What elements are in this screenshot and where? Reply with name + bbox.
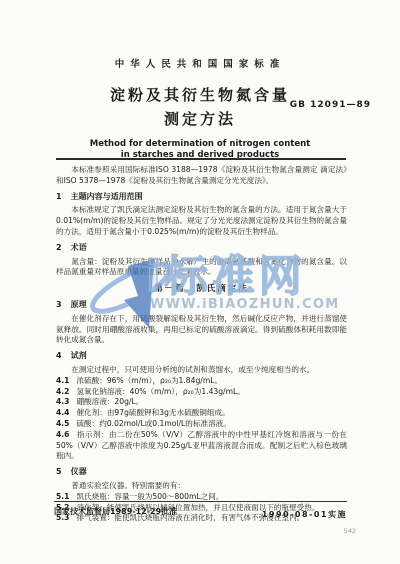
foreword-paragraph: 本标准参照采用国际标准ISO 3188—1978《淀粉及其衍生物氮含量测定 滴定…: [56, 165, 347, 187]
section-3-number: 3: [56, 300, 62, 309]
section-4-heading: 4试剂: [56, 351, 347, 362]
clause-4-2-number: 4.2: [56, 387, 69, 396]
part-1-heading: 第一篇 凯氏滴定法: [56, 284, 347, 295]
section-5-number: 5: [56, 467, 62, 476]
section-4-title: 试剂: [71, 351, 87, 360]
clause-4-5: 4.5硫酸：约0.02mol/L或0.1mol/L的标准溶液。: [56, 419, 347, 430]
approval-note: 国家技术监督局1989-12-29批准: [54, 506, 177, 517]
section-2-title: 术语: [71, 243, 87, 252]
clause-4-6-text: 指示剂：由二份在50%（V/V）乙醇溶液中的中性甲基红冷饱和溶液与一份在50%（…: [56, 430, 347, 461]
section-3-body: 在催化剂存在下，用硫酸裂解淀粉及其衍生物，然后碱化反应产物，并进行蒸馏使氨释放。…: [56, 314, 347, 346]
section-1-number: 1: [56, 192, 62, 201]
clause-4-5-number: 4.5: [56, 419, 69, 428]
clause-4-4: 4.4催化剂：由97g硫酸钾和3g无水硫酸铜组成。: [56, 408, 347, 419]
section-2-heading: 2术语: [56, 243, 347, 254]
implementation-note: 1990-08-01实施: [262, 509, 347, 520]
clause-4-3-number: 4.3: [56, 397, 69, 406]
doc-title-en-line1: Method for determination of nitrogen con…: [0, 139, 400, 150]
section-4-number: 4: [56, 351, 62, 360]
section-2-body: 氮含量：淀粉及其衍生物样品中水解产生的游离氨基酸和含氮化合物的氮含量。以样品氮重…: [56, 257, 347, 279]
clause-4-4-text: 催化剂：由97g硫酸钾和3g无水硫酸铜组成。: [76, 408, 229, 417]
section-5-heading: 5仪器: [56, 467, 347, 478]
document-body: 本标准参照采用国际标准ISO 3188—1978《淀粉及其衍生物氮含量测定 滴定…: [56, 165, 347, 524]
doc-title-zh-line2: 测定方法: [0, 108, 400, 129]
clause-5-1-number: 5.1: [56, 492, 69, 501]
clause-4-2-text: 氢氧化钠溶液：40%（m/m），ρ₂₀为1.43g/mL。: [76, 387, 244, 396]
clause-4-6: 4.6指示剂：由二份在50%（V/V）乙醇溶液中的中性甲基红冷饱和溶液与一份在5…: [56, 430, 347, 462]
clause-4-1-number: 4.1: [56, 376, 69, 385]
section-1-heading: 1主题内容与适用范围: [56, 192, 347, 203]
clause-5-1-text: 凯氏烧瓶：容量一般为500～800mL之间。: [76, 492, 223, 501]
section-5-intro: 普通实验室仪器。特别需要的有：: [56, 481, 347, 492]
document-page: 中华人民共和国国家标准 淀粉及其衍生物氮含量 测定方法 Method for d…: [0, 0, 400, 564]
section-4-intro: 在测定过程中，只可使用分析纯的试剂和蒸馏水，或至少纯度相当的水。: [56, 365, 347, 376]
section-3-title: 原理: [71, 300, 87, 309]
header-divider-rule: [56, 158, 346, 160]
clause-4-6-number: 4.6: [56, 430, 69, 439]
clause-4-2: 4.2氢氧化钠溶液：40%（m/m），ρ₂₀为1.43g/mL。: [56, 387, 347, 398]
clause-4-3: 4.3硼酸溶液：20g/L。: [56, 397, 347, 408]
section-1-body: 本标准规定了凯氏滴定法测定淀粉及其衍生物的氮含量的方法。适用于氮含量大于0.01…: [56, 205, 347, 237]
clause-4-3-text: 硼酸溶液：20g/L。: [76, 397, 143, 406]
clause-4-1: 4.1浓硫酸：96%（m/m），ρ₂₀为1.84g/mL。: [56, 376, 347, 387]
section-3-heading: 3原理: [56, 300, 347, 311]
document-footer: 国家技术监督局1989-12-29批准 1990-08-01实施: [54, 506, 347, 520]
standard-number: GB 12091—89: [290, 100, 371, 110]
section-5-title: 仪器: [71, 467, 87, 476]
clause-4-1-text: 浓硫酸：96%（m/m），ρ₂₀为1.84g/mL。: [76, 376, 222, 385]
clause-4-4-number: 4.4: [56, 408, 69, 417]
footer-divider-rule: [54, 501, 347, 502]
section-1-title: 主题内容与适用范围: [71, 192, 143, 201]
page-number: 542: [344, 527, 356, 535]
country-standard-line: 中华人民共和国国家标准: [0, 56, 400, 70]
section-2-number: 2: [56, 243, 62, 252]
clause-4-5-text: 硫酸：约0.02mol/L或0.1mol/L的标准溶液。: [76, 419, 230, 428]
